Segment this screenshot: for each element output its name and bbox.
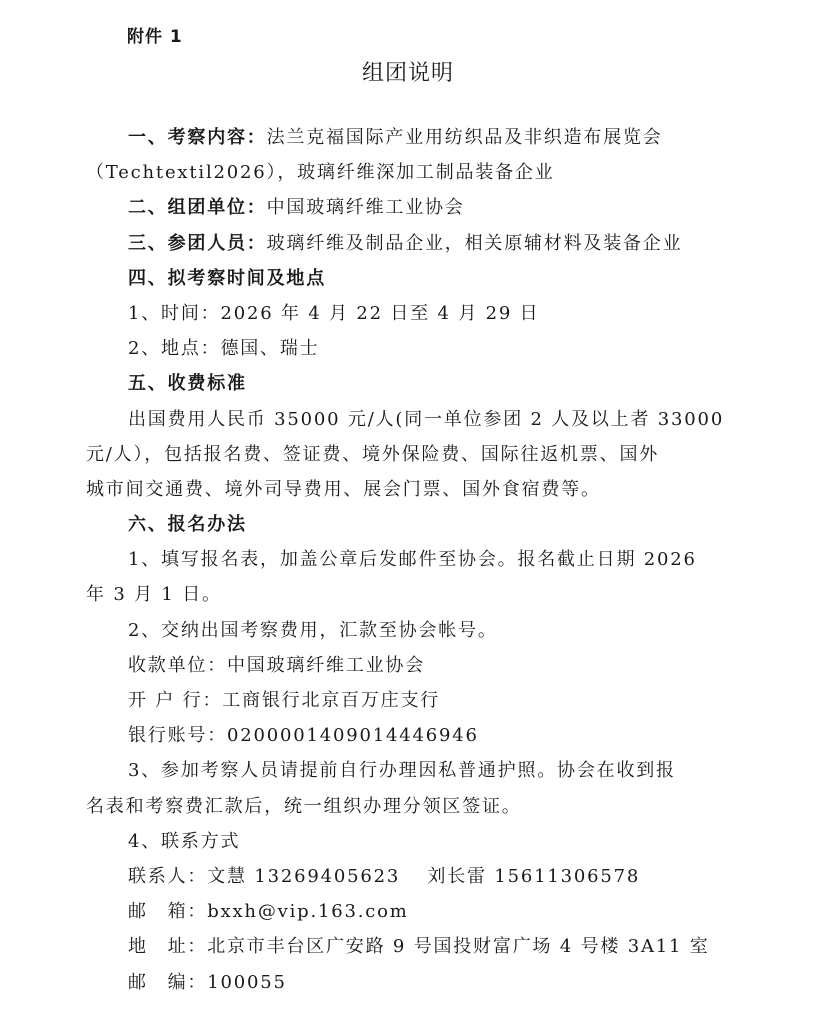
section-5-line-3: 城市间交通费、境外司导费用、展会门票、国外食宿费等。	[86, 472, 710, 507]
bank-line: 开 户 行：工商银行北京百万庄支行	[86, 683, 710, 718]
section-3-text: 玻璃纤维及制品企业，相关原辅材料及装备企业	[267, 233, 683, 254]
document-page: 附件 1 组团说明 一、考察内容：法兰克福国际产业用纺织品及非织造布展览会 （T…	[0, 0, 816, 1020]
document-body: 一、考察内容：法兰克福国际产业用纺织品及非织造布展览会 （Techtextil2…	[86, 120, 710, 1000]
address-line: 地 址：北京市丰台区广安路 9 号国投财富广场 4 号楼 3A11 室	[86, 929, 710, 964]
section-4-time: 1、时间：2026 年 4 月 22 日至 4 月 29 日	[86, 296, 710, 331]
section-6-item-1-line-1: 1、填写报名表，加盖公章后发邮件至协会。报名截止日期 2026	[86, 542, 710, 577]
section-2-text: 中国玻璃纤维工业协会	[267, 197, 465, 218]
section-3: 三、参团人员：玻璃纤维及制品企业，相关原辅材料及装备企业	[86, 226, 710, 261]
section-2-heading: 二、组团单位：	[128, 197, 267, 218]
section-1-line-2: （Techtextil2026），玻璃纤维深加工制品装备企业	[86, 155, 710, 190]
payee-line: 收款单位：中国玻璃纤维工业协会	[86, 648, 710, 683]
postcode-line: 邮 编：100055	[86, 965, 710, 1000]
section-2: 二、组团单位：中国玻璃纤维工业协会	[86, 190, 710, 225]
section-6-item-3-line-2: 名表和考察费汇款后，统一组织办理分领区签证。	[86, 789, 710, 824]
section-5-heading: 五、收费标准	[86, 366, 710, 401]
account-line: 银行账号：0200001409014446946	[86, 718, 710, 753]
section-1-text: 法兰克福国际产业用纺织品及非织造布展览会	[267, 127, 663, 148]
attachment-label: 附件 1	[127, 22, 183, 47]
contacts-line: 联系人：文慧 13269405623 刘长雷 15611306578	[86, 859, 710, 894]
section-5-line-1: 出国费用人民币 35000 元/人(同一单位参团 2 人及以上者 33000	[86, 402, 710, 437]
section-6-item-2: 2、交纳出国考察费用，汇款至协会帐号。	[86, 613, 710, 648]
section-1-line-1: 一、考察内容：法兰克福国际产业用纺织品及非织造布展览会	[86, 120, 710, 155]
section-6-item-3-line-1: 3、参加考察人员请提前自行办理因私普通护照。协会在收到报	[86, 753, 710, 788]
email-line: 邮 箱：bxxh@vip.163.com	[86, 894, 710, 929]
section-1-heading: 一、考察内容：	[128, 127, 267, 148]
section-6-item-1-line-2: 年 3 月 1 日。	[86, 577, 710, 612]
section-5-line-2: 元/人），包括报名费、签证费、境外保险费、国际往返机票、国外	[86, 437, 710, 472]
section-4-place: 2、地点：德国、瑞士	[86, 331, 710, 366]
section-4-heading: 四、拟考察时间及地点	[86, 261, 710, 296]
section-6-heading: 六、报名办法	[86, 507, 710, 542]
section-3-heading: 三、参团人员：	[128, 233, 267, 254]
page-title: 组团说明	[0, 56, 816, 87]
section-6-item-4: 4、联系方式	[86, 824, 710, 859]
